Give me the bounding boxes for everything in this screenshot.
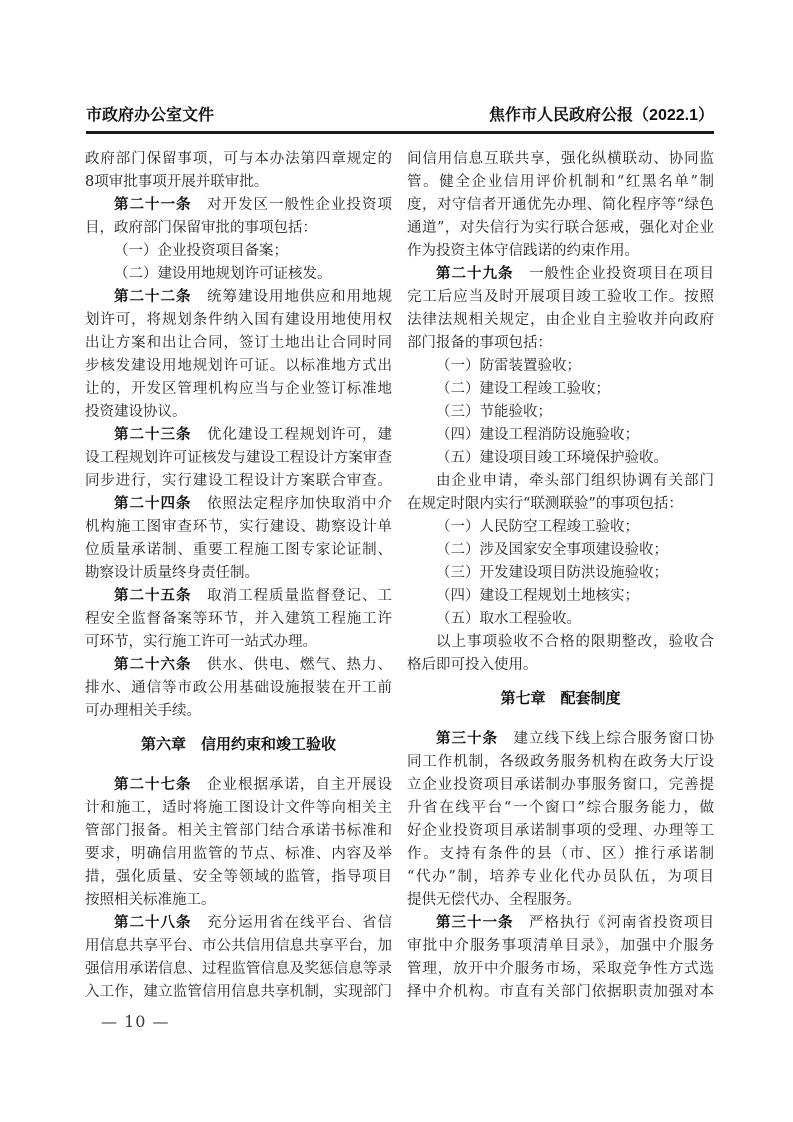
text-line: 设工程规划许可证核发与建设工程设计方案审查 — [85, 447, 392, 470]
header-left-title: 市政府办公室文件 — [86, 106, 214, 126]
text-line: 完工后应当及时开展项目竣工验收工作。按照 — [407, 286, 714, 309]
text-line: 机构施工图审查环节，实行建设、勘察设计单 — [85, 516, 392, 539]
text-line: 同工作机制，各级政务服务机构在政务大厅设 — [407, 751, 714, 774]
text-line: 第二十八条 充分运用省在线平台、省信 — [85, 912, 392, 935]
text-line: 措，强化质量、安全等领域的监管，指导项目 — [85, 866, 392, 889]
text-line: 步核发建设用地规划许可证。以标准地方式出 — [85, 355, 392, 378]
text-line: 要求，明确信用监管的节点、标准、内容及举 — [85, 843, 392, 866]
text-line: 由企业申请，牵头部门组织协调有关部门 — [407, 470, 714, 493]
text-line: （二）建设工程竣工验收； — [407, 378, 714, 401]
article-number: 第二十一条 — [114, 197, 192, 213]
page-number: — 10 — — [101, 1010, 170, 1033]
text-line: 在规定时限内实行“联测联验”的事项包括： — [407, 493, 714, 516]
article-number: 第二十九条 — [436, 266, 514, 282]
article-number: 第二十三条 — [114, 427, 192, 443]
header-rule — [86, 131, 714, 134]
text-line: 度，对守信者开通优先办理、简化程序等“绿色 — [407, 194, 714, 217]
text-line: 格后即可投入使用。 — [407, 654, 714, 677]
text-line: 第二十一条 对开发区一般性企业投资项 — [85, 194, 392, 217]
text-line: 部门报备的事项包括： — [407, 332, 714, 355]
text-line: “代办”制，培养专业化代办员队伍，为项目 — [407, 866, 714, 889]
text-line: 管理，放开中介服务市场，采取竞争性方式选 — [407, 958, 714, 981]
text-line: 位质量承诺制、重要工程施工图专家论证制、 — [85, 539, 392, 562]
article-number: 第三十一条 — [436, 915, 514, 931]
text-line: 勘察设计质量终身责任制。 — [85, 562, 392, 585]
text-line: 可办理相关手续。 — [85, 700, 392, 723]
chapter-heading: 第六章 信用约束和竣工验收 — [85, 733, 392, 756]
text-line: 提供无偿代办、全程服务。 — [407, 889, 714, 912]
text-line: （五）取水工程验收。 — [407, 608, 714, 631]
article-number: 第二十二条 — [114, 289, 192, 305]
text-line: 作。支持有条件的县（市、区）推行承诺制 — [407, 843, 714, 866]
text-line: 出让方案和出让合同，签订土地出让合同时同 — [85, 332, 392, 355]
text-line: 作为投资主体守信践诺的约束作用。 — [407, 240, 714, 263]
text-line: 第二十四条 依照法定程序加快取消中介 — [85, 493, 392, 516]
text-line: 立企业投资项目承诺制办事服务窗口，完善提 — [407, 774, 714, 797]
text-line: 同步进行，实行建设工程设计方案联合审查。 — [85, 470, 392, 493]
article-number: 第二十六条 — [114, 657, 192, 673]
column-right: 间信用信息互联共享，强化纵横联动、协同监管。健全企业信用评价机制和“红黑名单”制… — [407, 148, 714, 1004]
text-line: 第二十二条 统筹建设用地供应和用地规 — [85, 286, 392, 309]
text-line: 第二十九条 一般性企业投资项目在项目 — [407, 263, 714, 286]
text-line: 第二十五条 取消工程质量监督登记、工 — [85, 585, 392, 608]
text-line: （二）涉及国家安全事项建设验收； — [407, 539, 714, 562]
text-line: 通道”，对失信行为实行联合惩戒，强化对企业 — [407, 217, 714, 240]
page: 市政府办公室文件 焦作市人民政府公报（2022.1） 政府部门保留事项，可与本办… — [0, 0, 793, 1122]
text-line: 升省在线平台“一个窗口”综合服务能力，做 — [407, 797, 714, 820]
text-line: 审批中介服务事项清单目录》，加强中介服务 — [407, 935, 714, 958]
article-number: 第三十条 — [436, 731, 498, 747]
text-line: 法律法规相关规定，由企业自主验收并向政府 — [407, 309, 714, 332]
text-line: （四）建设工程消防设施验收； — [407, 424, 714, 447]
text-line: 投资建设协议。 — [85, 401, 392, 424]
text-line: 用信息共享平台、市公共信用信息共享平台，加 — [85, 935, 392, 958]
text-line: 择中介机构。市直有关部门依据职责加强对本 — [407, 981, 714, 1004]
article-number: 第二十七条 — [114, 777, 192, 793]
text-line: 第二十七条 企业根据承诺，自主开展设 — [85, 774, 392, 797]
text-line: （三）节能验收； — [407, 401, 714, 424]
text-line: （一）防雷装置验收； — [407, 355, 714, 378]
text-line: 目，政府部门保留审批的事项包括： — [85, 217, 392, 240]
text-line: （一）人民防空工程竣工验收； — [407, 516, 714, 539]
text-line: 管。健全企业信用评价机制和“红黑名单”制 — [407, 171, 714, 194]
text-line: 划许可，将规划条件纳入国有建设用地使用权 — [85, 309, 392, 332]
header-right-title: 焦作市人民政府公报（2022.1） — [489, 106, 714, 126]
text-line: 8项审批事项开展并联审批。 — [85, 171, 392, 194]
text-line: 入工作，建立监管信用信息共享机制，实现部门 — [85, 981, 392, 1004]
text-line: 可环节，实行施工许可一站式办理。 — [85, 631, 392, 654]
page-header: 市政府办公室文件 焦作市人民政府公报（2022.1） — [86, 106, 714, 126]
text-line: （二）建设用地规划许可证核发。 — [85, 263, 392, 286]
text-line: 第二十六条 供水、供电、燃气、热力、 — [85, 654, 392, 677]
article-number: 第二十八条 — [114, 915, 192, 931]
article-number: 第二十五条 — [114, 588, 192, 604]
text-line: 第三十一条 严格执行《河南省投资项目 — [407, 912, 714, 935]
text-line: 计和施工，适时将施工图设计文件等向相关主 — [85, 797, 392, 820]
text-line: 间信用信息互联共享，强化纵横联动、协同监 — [407, 148, 714, 171]
text-line: 强信用承诺信息、过程监管信息及奖惩信息等录 — [85, 958, 392, 981]
column-left: 政府部门保留事项，可与本办法第四章规定的8项审批事项开展并联审批。第二十一条 对… — [85, 148, 392, 1004]
text-line: （一）企业投资项目备案； — [85, 240, 392, 263]
chapter-heading: 第七章 配套制度 — [407, 687, 714, 710]
text-line: 政府部门保留事项，可与本办法第四章规定的 — [85, 148, 392, 171]
text-line: 第三十条 建立线下线上综合服务窗口协 — [407, 728, 714, 751]
text-line: 按照相关标准施工。 — [85, 889, 392, 912]
text-line: （四）建设工程规划土地核实； — [407, 585, 714, 608]
text-line: 以上事项验收不合格的限期整改，验收合 — [407, 631, 714, 654]
text-line: 好企业投资项目承诺制事项的受理、办理等工 — [407, 820, 714, 843]
text-line: 让的，开发区管理机构应当与企业签订标准地 — [85, 378, 392, 401]
text-line: （五）建设项目竣工环境保护验收。 — [407, 447, 714, 470]
text-line: 排水、通信等市政公用基础设施报装在开工前 — [85, 677, 392, 700]
text-line: 第二十三条 优化建设工程规划许可，建 — [85, 424, 392, 447]
article-number: 第二十四条 — [114, 496, 192, 512]
text-line: 管部门报备。相关主管部门结合承诺书标准和 — [85, 820, 392, 843]
text-line: （三）开发建设项目防洪设施验收； — [407, 562, 714, 585]
text-line: 程安全监督备案等环节，并入建筑工程施工许 — [85, 608, 392, 631]
